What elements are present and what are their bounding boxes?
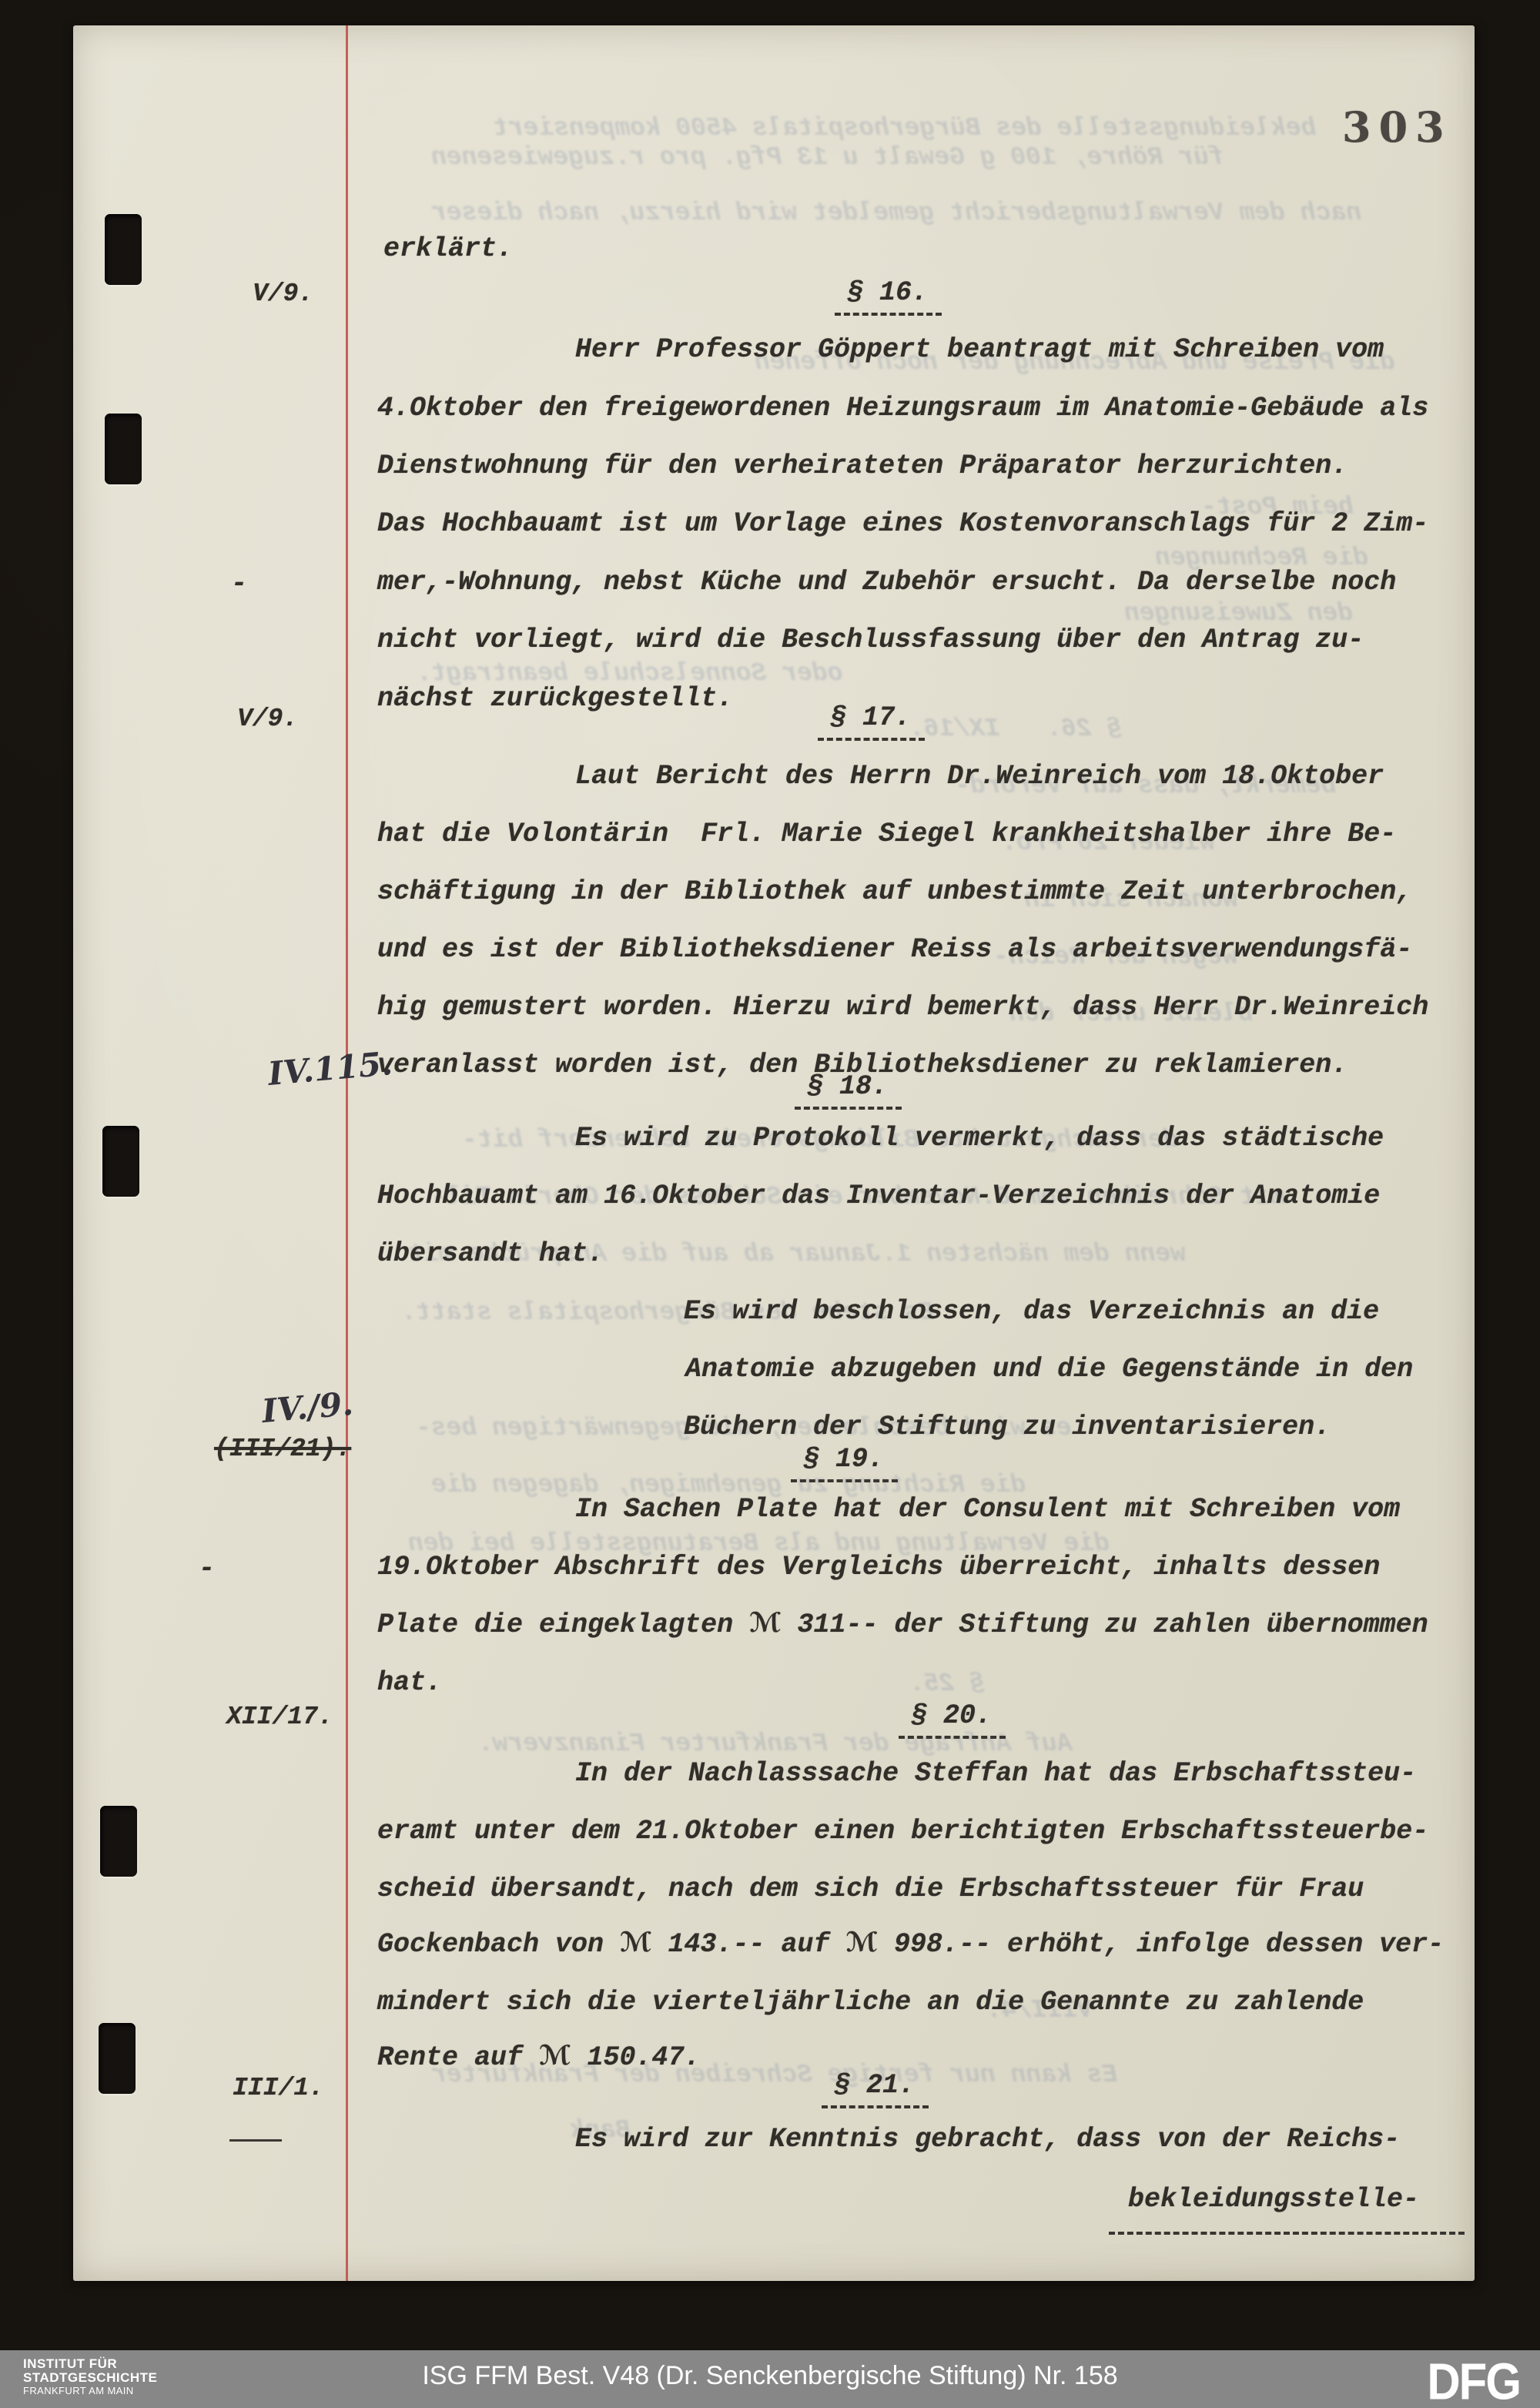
text-line: 4.Oktober den freigewordenen Heizungsrau… — [377, 393, 1428, 424]
text-line: Es wird beschlossen, das Verzeichnis an … — [684, 1296, 1379, 1327]
punch-hole — [105, 214, 142, 285]
text-line: In Sachen Plate hat der Consulent mit Sc… — [575, 1494, 1400, 1525]
punch-hole — [100, 1806, 137, 1877]
archive-footer-bar: INSTITUT FÜR STADTGESCHICHTE FRANKFURT A… — [0, 2350, 1540, 2408]
bleedthrough-text: Auf Anfrage der Frankfurter Finanzverw. — [477, 1730, 1072, 1758]
text-line: übersandt hat. — [377, 1238, 604, 1269]
punch-hole — [105, 414, 142, 484]
margin-note: V/9. — [253, 279, 313, 310]
text-line: und es ist der Bibliotheksdiener Reiss a… — [377, 934, 1412, 965]
dashed-rule — [1109, 2232, 1465, 2235]
text-line: Das Hochbauamt ist um Vorlage eines Kost… — [377, 508, 1428, 539]
text-line: Gockenbach von ℳ 143.-- auf ℳ 998.-- erh… — [377, 1929, 1444, 1960]
red-margin-line — [346, 25, 348, 2281]
text-line: Plate die eingeklagten ℳ 311-- der Stift… — [377, 1609, 1428, 1640]
text-line: erklärt. — [383, 233, 513, 264]
text-line: nächst zurückgestellt. — [377, 683, 733, 714]
text-line: Es wird zu Protokoll vermerkt, dass das … — [575, 1123, 1384, 1154]
text-line: Rente auf ℳ 150.47. — [377, 2042, 701, 2073]
handwritten-margin-note: IV./9. — [260, 1388, 354, 1427]
text-line: mindert sich die vierteljährliche an die… — [377, 1987, 1364, 2018]
scanned-archive-page: 303 bekleidungsstelle des Bürgerhospital… — [0, 0, 1540, 2408]
struck-margin-note: (III/21). — [214, 1434, 351, 1465]
text-line: Laut Bericht des Herrn Dr.Weinreich vom … — [575, 761, 1384, 792]
section-heading: § 20. — [911, 1700, 992, 1731]
punch-hole — [102, 1126, 139, 1197]
paper-sheet: 303 bekleidungsstelle des Bürgerhospital… — [73, 25, 1475, 2281]
text-line: Herr Professor Göppert beantragt mit Sch… — [575, 334, 1384, 365]
bleedthrough-text: für Röhre, 100 g Gewalt u 13 Pfg. pro r.… — [431, 143, 1224, 172]
text-line: hat. — [377, 1667, 442, 1698]
text-line: Hochbauamt am 16.Oktober das Inventar-Ve… — [377, 1181, 1380, 1211]
text-line: Es wird zur Kenntnis gebracht, dass von … — [575, 2124, 1400, 2155]
margin-dash: - — [199, 1553, 215, 1584]
text-line: mer,-Wohnung, nebst Küche und Zubehör er… — [377, 567, 1396, 598]
text-line: Büchern der Stiftung zu inventarisieren. — [684, 1412, 1331, 1442]
text-line: nicht vorliegt, wird die Beschlussfassun… — [377, 625, 1364, 655]
section-heading: § 16. — [847, 277, 928, 308]
margin-rule — [229, 2139, 282, 2142]
text-line: hat die Volontärin Frl. Marie Siegel kra… — [377, 819, 1396, 849]
text-line: Dienstwohnung für den verheirateten Präp… — [377, 450, 1347, 481]
archive-reference: ISG FFM Best. V48 (Dr. Senckenbergische … — [0, 2361, 1540, 2391]
bleedthrough-text: nach dem Verwaltungsbericht gemeldet wir… — [431, 199, 1361, 227]
margin-note: V/9. — [237, 704, 298, 735]
margin-note: III/1. — [233, 2073, 324, 2104]
bleedthrough-text: den Zuweisungen — [1124, 599, 1353, 628]
text-line: hig gemustert worden. Hierzu wird bemerk… — [377, 992, 1428, 1023]
text-line: bekleidungsstelle- — [1128, 2184, 1419, 2215]
bleedthrough-text: bekleidungsstelle des Bürgerhospitals 45… — [493, 114, 1316, 142]
margin-dash: - — [231, 568, 247, 599]
text-line: Anatomie abzugeben und die Gegenstände i… — [685, 1354, 1413, 1385]
margin-note: XII/17. — [226, 1702, 333, 1733]
bleedthrough-text: § 26. IX/16. — [909, 715, 1122, 743]
bleedthrough-text: § 25. — [909, 1670, 985, 1698]
section-heading: § 19. — [803, 1444, 884, 1475]
text-line: eramt unter dem 21.Oktober einen bericht… — [377, 1816, 1428, 1847]
punch-hole — [99, 2023, 136, 2094]
section-heading: § 21. — [834, 2070, 915, 2101]
text-line: schäftigung in der Bibliothek auf unbest… — [377, 876, 1412, 907]
section-heading: § 17. — [830, 702, 911, 733]
dfg-logo: DFG — [1427, 2352, 1520, 2408]
text-line: In der Nachlasssache Steffan hat das Erb… — [575, 1758, 1416, 1789]
handwritten-margin-note: IV.115. — [267, 1048, 394, 1090]
text-line: scheid übersandt, nach dem sich die Erbs… — [377, 1874, 1364, 1904]
page-number-stamp: 303 — [1342, 102, 1452, 152]
text-line: 19.Oktober Abschrift des Vergleichs über… — [377, 1552, 1380, 1582]
section-heading: § 18. — [807, 1071, 888, 1102]
